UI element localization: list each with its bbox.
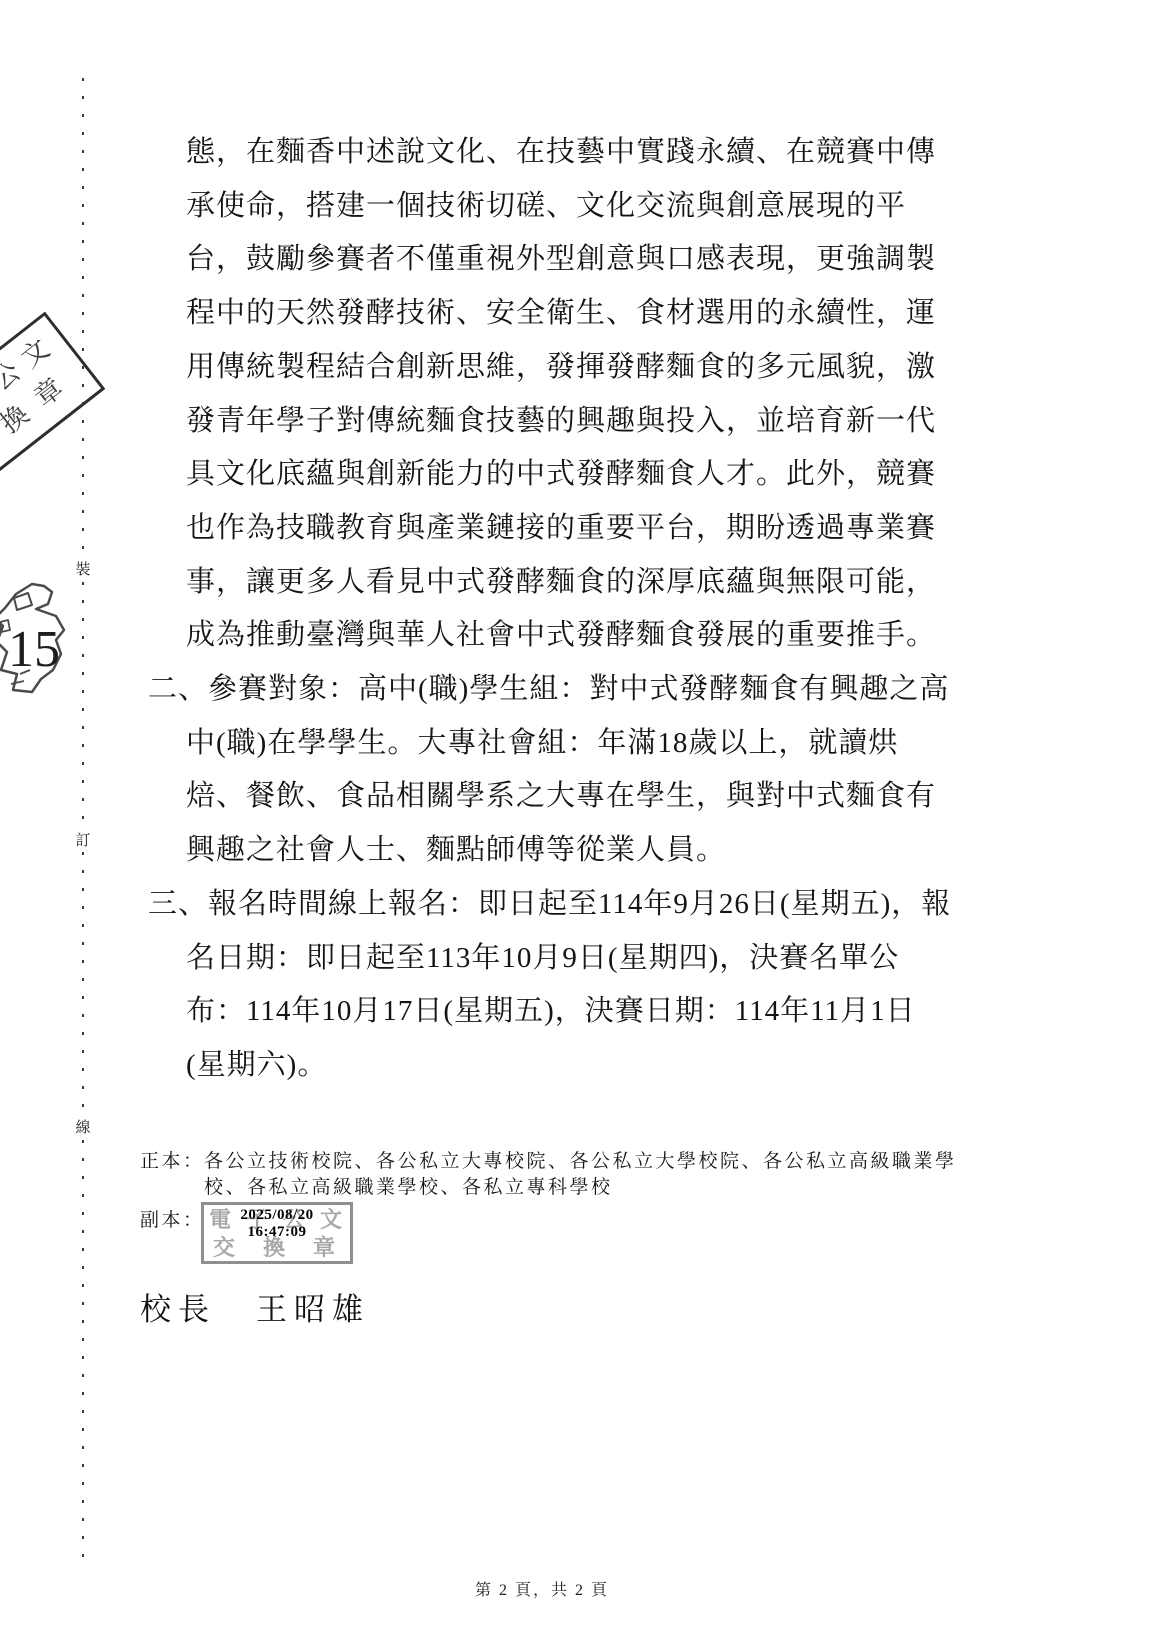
- electronic-exchange-stamp: 電子公文 交換章 2025/08/20 16:47:09: [201, 1202, 353, 1264]
- body-line: 事，讓更多人看見中式發酵麵食的深厚底蘊與無限可能，: [186, 560, 936, 604]
- torn-seal-blob: 15: [0, 578, 80, 698]
- torn-seal-shape: 15: [0, 578, 80, 698]
- signer-title: 校長: [140, 1292, 216, 1327]
- body-line: 承使命，搭建一個技術切磋、文化交流與創意展現的平: [186, 184, 906, 228]
- body-line: 程中的天然發酵技術、安全衛生、食材選用的永續性，運: [186, 291, 936, 335]
- body-line: 台，鼓勵參賽者不僅重視外型創意與口感表現，更強調製: [186, 237, 936, 281]
- signer-name: 王昭雄: [256, 1292, 370, 1327]
- body-line: 焙、餐飲、食品相關學系之大專在學生，與對中式麵食有: [186, 774, 936, 818]
- exchange-timestamp: 2025/08/20 16:47:09: [204, 1207, 350, 1241]
- body-line-item-2: 二、參賽對象：高中(職)學生組：對中式發酵麵食有興趣之高: [148, 667, 949, 711]
- body-line: 態，在麵香中述說文化、在技藝中實踐永續、在競賽中傳: [186, 130, 936, 174]
- body-line: 中(職)在學學生。大專社會組：年滿18歲以上，就讀烘: [186, 721, 898, 765]
- body-line: 名日期：即日起至113年10月9日(星期四)，決賽名單公: [186, 936, 899, 980]
- blob-number: 15: [8, 621, 60, 678]
- binding-word-xian: 線: [74, 1118, 92, 1138]
- corner-exchange-stamp: 電子公文 交換章: [0, 312, 105, 499]
- binding-word-ding: 訂: [74, 831, 92, 851]
- body-line: 也作為技職教育與產業鏈接的重要平台，期盼透過專業賽: [186, 506, 936, 550]
- body-line: 布：114年10月17日(星期五)，決賽日期：114年11月1日: [186, 989, 916, 1033]
- body-line: 成為推動臺灣與華人社會中式發酵麵食發展的重要推手。: [186, 613, 936, 657]
- page-indicator: 第 2 頁，共 2 頁: [475, 1577, 609, 1600]
- original-copy-label: 正本：: [140, 1146, 205, 1173]
- body-line: (星期六)。: [186, 1043, 327, 1087]
- body-line-item-3: 三、報名時間線上報名：即日起至114年9月26日(星期五)，報: [148, 882, 951, 926]
- document-page: 裝 訂 線 電子公文 交換章 15 態，在麵香中述說文化、在技藝中實踐永續、在競…: [0, 0, 1158, 1649]
- body-line: 用傳統製程結合創新思維，發揮發酵麵食的多元風貌，激: [186, 345, 936, 389]
- exchange-time: 16:47:09: [204, 1224, 350, 1241]
- duplicate-copy-label: 副本：: [140, 1205, 205, 1232]
- body-line: 發青年學子對傳統麵食技藝的興趣與投入，並培育新一代: [186, 399, 936, 443]
- signature-line: 校長王昭雄: [140, 1284, 370, 1329]
- original-copy-line1: 各公立技術校院、各公私立大專校院、各公私立大學校院、各公私立高級職業學: [204, 1146, 957, 1173]
- original-copy-line2: 校、各私立高級職業學校、各私立專科學校: [204, 1172, 613, 1199]
- body-line: 具文化底蘊與創新能力的中式發酵麵食人才。此外，競賽: [186, 452, 936, 496]
- exchange-date: 2025/08/20: [204, 1207, 350, 1224]
- binding-dotted-line: [82, 78, 84, 1565]
- binding-word-zhuang: 裝: [74, 560, 92, 580]
- body-line: 興趣之社會人士、麵點師傅等從業人員。: [186, 828, 726, 872]
